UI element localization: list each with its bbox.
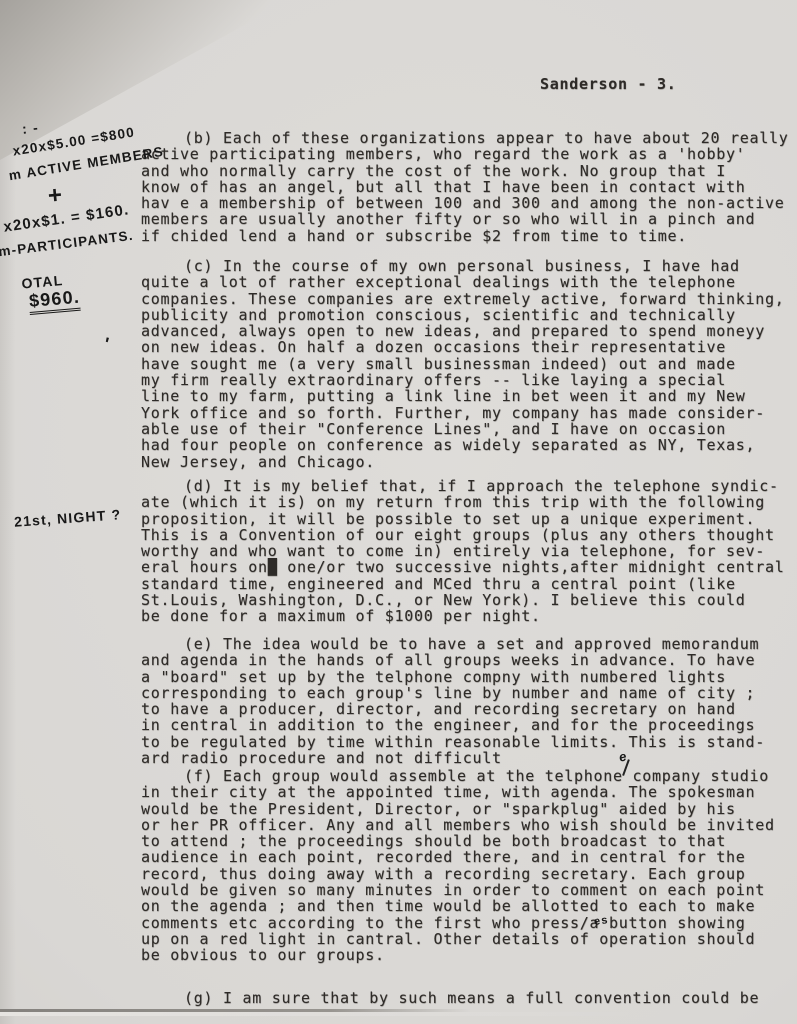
paper-bottom-edge-highlight — [0, 1012, 797, 1016]
page-header: Sanderson - 3. — [540, 76, 677, 92]
paragraph-c: (c) In the course of my own personal bus… — [141, 258, 797, 470]
paragraph-f: (f) Each group would assemble at the tel… — [141, 768, 797, 964]
paragraph-d: (d) It is my belief that, if I approach … — [141, 478, 797, 625]
paragraph-g: (g) I am sure that by such means a full … — [141, 990, 797, 1006]
margin-note-night-question: 21st, NIGHT ? — [14, 506, 122, 529]
paragraph-b: (b) Each of these organizations appear t… — [141, 130, 797, 244]
handwritten-insert-es: es — [593, 914, 609, 928]
scanned-document-page: Sanderson - 3. (b) Each of these organiz… — [0, 0, 797, 1024]
margin-tick-mark: ' — [102, 334, 112, 356]
margin-note-total: OTAL $960. — [0, 255, 82, 330]
margin-note-total-value: $960. — [28, 287, 81, 315]
margin-note-dots: : - — [21, 119, 39, 137]
paragraph-e: (e) The idea would be to have a set and … — [141, 636, 797, 766]
margin-note-plus-sign: + — [47, 181, 65, 210]
